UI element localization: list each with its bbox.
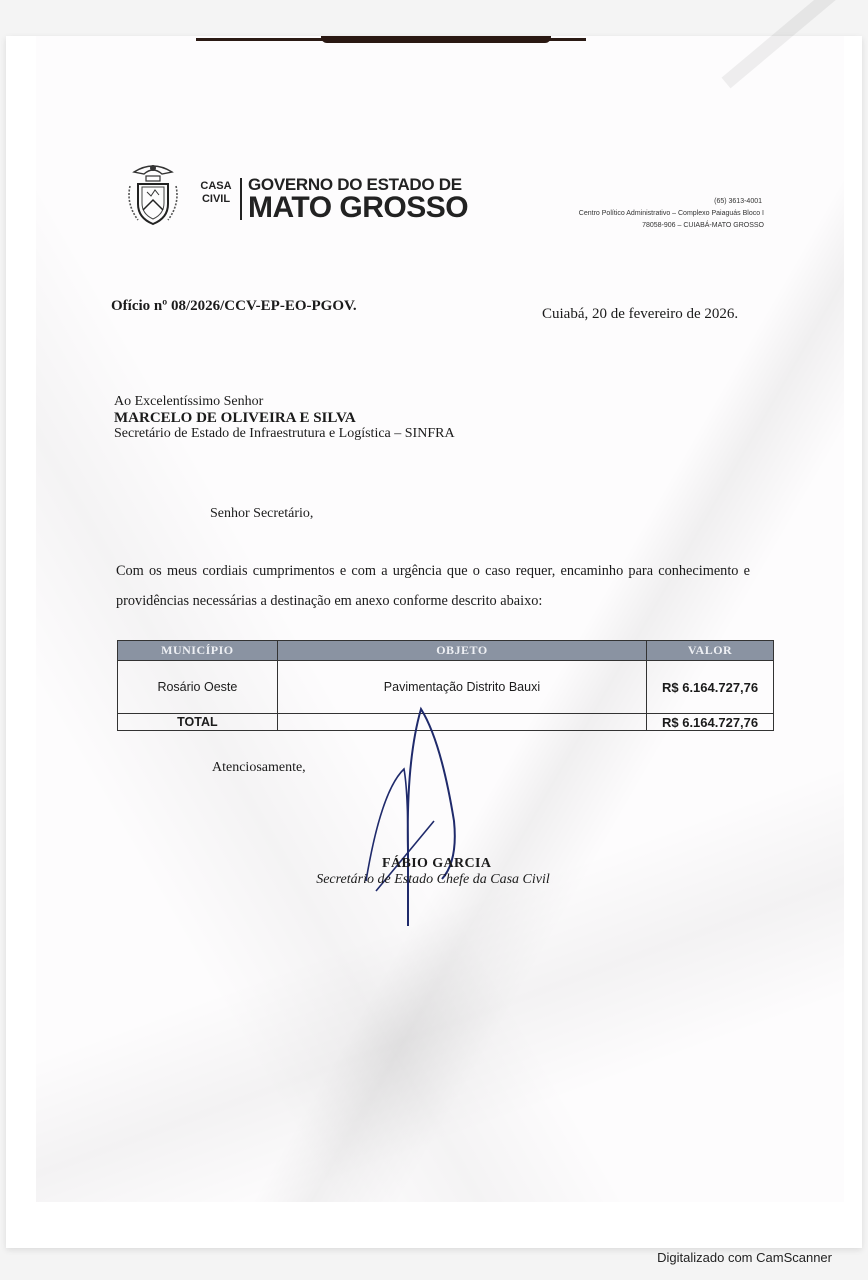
phone: (65) 3613-4001 <box>579 196 764 208</box>
signer-role: Secretário de Estado Chefe da Casa Civil <box>302 872 564 888</box>
cell-municipio: Rosário Oeste <box>118 661 278 714</box>
document-reference: Ofício nº 08/2026/CCV-EP-EO-PGOV. <box>111 298 357 315</box>
column-header-municipio: MUNICÍPIO <box>118 641 278 661</box>
recipient-block: Ao Excelentíssimo Senhor MARCELO DE OLIV… <box>114 394 455 442</box>
signer-name: FÁBIO GARCIA <box>302 856 564 872</box>
total-label: TOTAL <box>118 714 278 731</box>
table-header-row: MUNICÍPIO OBJETO VALOR <box>118 641 774 661</box>
letter-body: Com os meus cordiais cumprimentos e com … <box>116 556 750 616</box>
camscanner-watermark: Digitalizado com CamScanner <box>657 1250 832 1265</box>
casa-civil-label: CASA CIVIL <box>196 180 236 206</box>
address-line-2: 78058-906 – CUIABÁ-MATO GROSSO <box>579 220 764 232</box>
state-coat-of-arms-icon <box>124 156 182 228</box>
paper-crease <box>722 0 854 88</box>
column-header-objeto: OBJETO <box>277 641 646 661</box>
recipient-name: MARCELO DE OLIVEIRA E SILVA <box>114 410 455 426</box>
recipient-salutation: Ao Excelentíssimo Senhor <box>114 394 455 410</box>
signer-block: FÁBIO GARCIA Secretário de Estado Chefe … <box>302 856 564 888</box>
cell-valor: R$ 6.164.727,76 <box>647 661 774 714</box>
greeting: Senhor Secretário, <box>210 506 313 522</box>
government-title: GOVERNO DO ESTADO DE MATO GROSSO <box>248 176 468 222</box>
civil-label: CIVIL <box>196 193 236 206</box>
address-block: (65) 3613-4001 Centro Político Administr… <box>579 196 764 232</box>
total-value: R$ 6.164.727,76 <box>647 714 774 731</box>
recipient-title: Secretário de Estado de Infraestrutura e… <box>114 426 455 442</box>
scan-edge-shadow <box>321 36 551 43</box>
document-date: Cuiabá, 20 de fevereiro de 2026. <box>542 306 738 323</box>
address-line-1: Centro Político Administrativo – Complex… <box>579 208 764 220</box>
scanned-page: CASA CIVIL GOVERNO DO ESTADO DE MATO GRO… <box>6 36 862 1248</box>
casa-label: CASA <box>196 180 236 193</box>
closing: Atenciosamente, <box>212 760 306 776</box>
gov-line-2: MATO GROSSO <box>248 194 468 222</box>
letterhead: CASA CIVIL GOVERNO DO ESTADO DE MATO GRO… <box>118 156 768 236</box>
handwritten-signature <box>346 701 486 931</box>
divider <box>240 178 242 220</box>
column-header-valor: VALOR <box>647 641 774 661</box>
